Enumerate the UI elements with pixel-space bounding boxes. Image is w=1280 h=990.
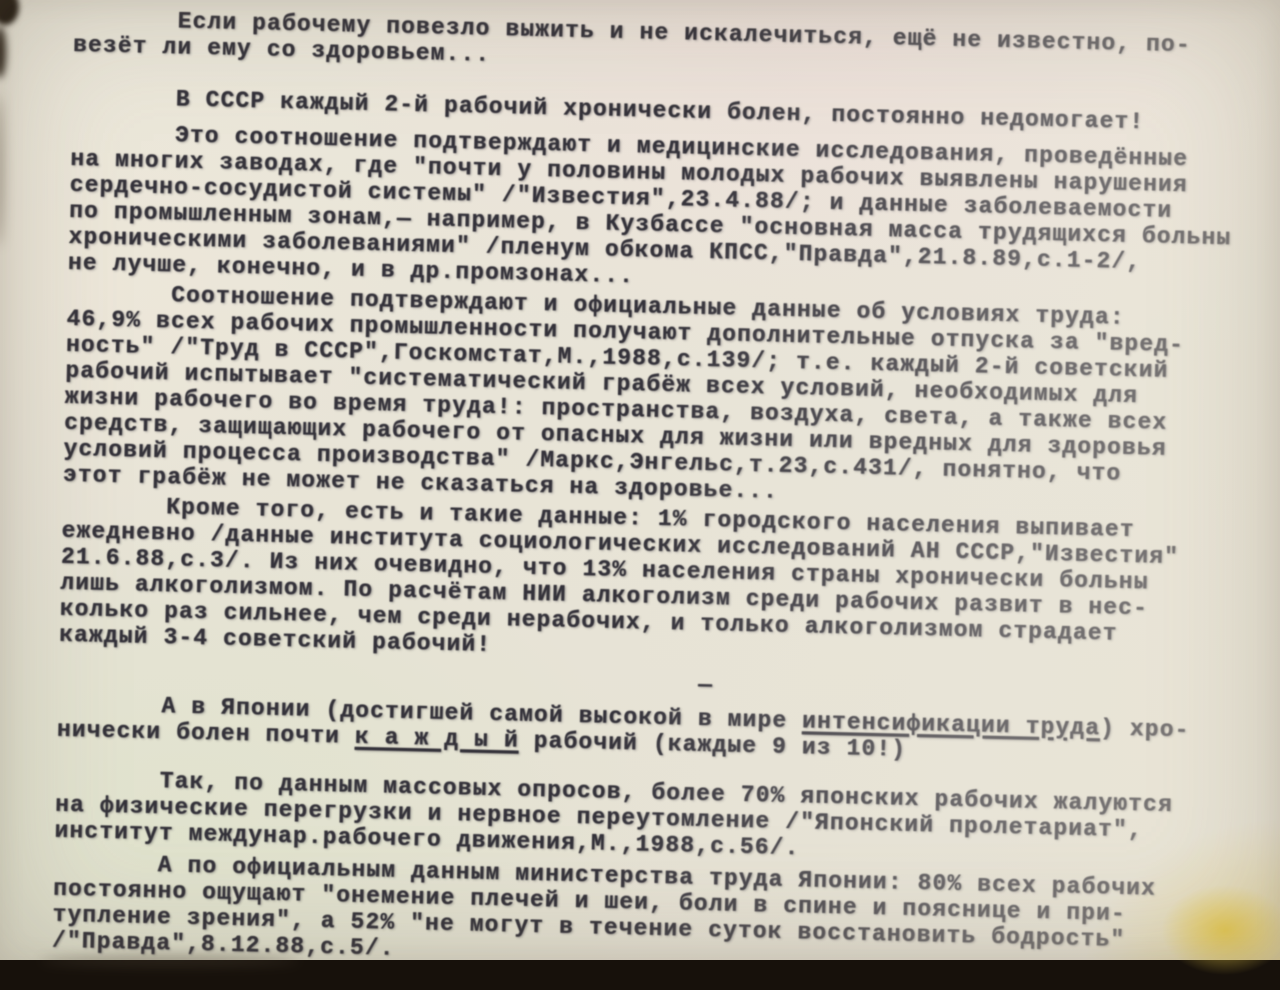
underlined-text: к а ж д ы й	[355, 724, 520, 754]
text-run: —	[698, 672, 712, 698]
text-run: ) хро-	[1100, 715, 1190, 743]
dark-edge-left-faint	[0, 96, 3, 246]
text-run: нически болен почти	[57, 717, 356, 750]
typewritten-text-block: Если рабочему повезло выжить и не искале…	[52, 6, 1249, 960]
dark-edge-top-left	[0, 0, 19, 25]
photo-of-page: Если рабочему повезло выжить и не искале…	[0, 0, 1280, 960]
dark-edge-left	[0, 26, 6, 78]
